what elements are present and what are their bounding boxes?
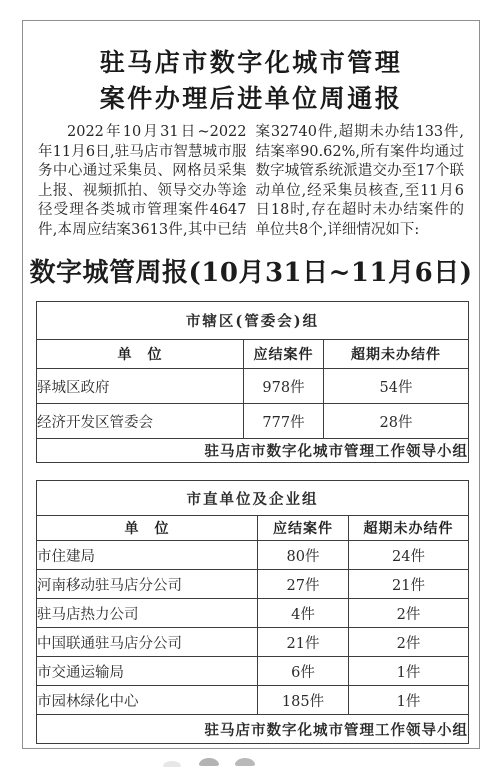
unit-name-cell: 驻马店热力公司	[37, 599, 258, 628]
overdue-cases-cell: 54件	[324, 369, 469, 404]
column-header-due-cases: 应结案件	[258, 516, 349, 541]
table-title-row: 市直单位及企业组	[37, 481, 469, 516]
table-footer-row: 驻马店市数字化城市管理工作领导小组	[37, 715, 469, 744]
page-title: 驻马店市数字化城市管理 案件办理后进单位周通报	[29, 45, 473, 117]
overdue-cases-cell: 2件	[349, 628, 469, 657]
body-paragraph: 2022年10月31日~2022年11月6日,驻马店市智慧城市服务中心通过采集员…	[38, 123, 464, 240]
table-row: 市交通运输局 6件 1件	[37, 657, 469, 686]
table-row: 市住建局 80件 24件	[37, 541, 469, 570]
overdue-cases-cell: 28件	[324, 404, 469, 439]
table-footer-signature: 驻马店市数字化城市管理工作领导小组	[37, 715, 469, 744]
cropped-print-artifact	[199, 758, 219, 766]
overdue-cases-cell: 1件	[349, 686, 469, 715]
section-banner: 数字城管周报(10月31日~11月6日)	[25, 255, 477, 291]
district-group-table: 市辖区(管委会)组 单 位 应结案件 超期未办结件 驿城区政府 978件 54件…	[36, 301, 469, 463]
page-title-line-1: 驻马店市数字化城市管理	[29, 45, 473, 81]
column-header-unit: 单 位	[37, 340, 244, 369]
body-text-columns: 2022年10月31日~2022年11月6日,驻马店市智慧城市服务中心通过采集员…	[38, 123, 464, 241]
unit-name-cell: 河南移动驻马店分公司	[37, 570, 258, 599]
due-cases-cell: 777件	[244, 404, 324, 439]
table-row: 经济开发区管委会 777件 28件	[37, 404, 469, 439]
due-cases-cell: 978件	[244, 369, 324, 404]
due-cases-cell: 185件	[258, 686, 349, 715]
column-header-overdue-cases: 超期未办结件	[324, 340, 469, 369]
table-footer-signature: 驻马店市数字化城市管理工作领导小组	[37, 439, 469, 463]
due-cases-cell: 6件	[258, 657, 349, 686]
unit-name-cell: 市交通运输局	[37, 657, 258, 686]
table-header-row: 单 位 应结案件 超期未办结件	[37, 516, 469, 541]
table-footer-row: 驻马店市数字化城市管理工作领导小组	[37, 439, 469, 463]
due-cases-cell: 80件	[258, 541, 349, 570]
column-header-unit: 单 位	[37, 516, 258, 541]
unit-name-cell: 中国联通驻马店分公司	[37, 628, 258, 657]
due-cases-cell: 4件	[258, 599, 349, 628]
table-row: 市园林绿化中心 185件 1件	[37, 686, 469, 715]
cropped-print-artifact	[163, 761, 181, 767]
table-header-row: 单 位 应结案件 超期未办结件	[37, 340, 469, 369]
unit-name-cell: 驿城区政府	[37, 369, 244, 404]
due-cases-cell: 27件	[258, 570, 349, 599]
table-title: 市直单位及企业组	[37, 481, 469, 516]
unit-name-cell: 市住建局	[37, 541, 258, 570]
unit-name-cell: 经济开发区管委会	[37, 404, 244, 439]
cropped-print-artifact	[235, 758, 255, 766]
table-row: 中国联通驻马店分公司 21件 2件	[37, 628, 469, 657]
page-border: 驻马店市数字化城市管理 案件办理后进单位周通报 2022年10月31日~2022…	[22, 20, 480, 749]
table-title-row: 市辖区(管委会)组	[37, 302, 469, 340]
due-cases-cell: 21件	[258, 628, 349, 657]
column-header-overdue-cases: 超期未办结件	[349, 516, 469, 541]
table-row: 河南移动驻马店分公司 27件 21件	[37, 570, 469, 599]
overdue-cases-cell: 1件	[349, 657, 469, 686]
unit-name-cell: 市园林绿化中心	[37, 686, 258, 715]
overdue-cases-cell: 21件	[349, 570, 469, 599]
overdue-cases-cell: 24件	[349, 541, 469, 570]
page-title-line-2: 案件办理后进单位周通报	[29, 81, 473, 117]
overdue-cases-cell: 2件	[349, 599, 469, 628]
table-row: 驻马店热力公司 4件 2件	[37, 599, 469, 628]
table-row: 驿城区政府 978件 54件	[37, 369, 469, 404]
column-header-due-cases: 应结案件	[244, 340, 324, 369]
table-title: 市辖区(管委会)组	[37, 302, 469, 340]
city-units-table: 市直单位及企业组 单 位 应结案件 超期未办结件 市住建局 80件 24件 河南…	[36, 480, 469, 744]
